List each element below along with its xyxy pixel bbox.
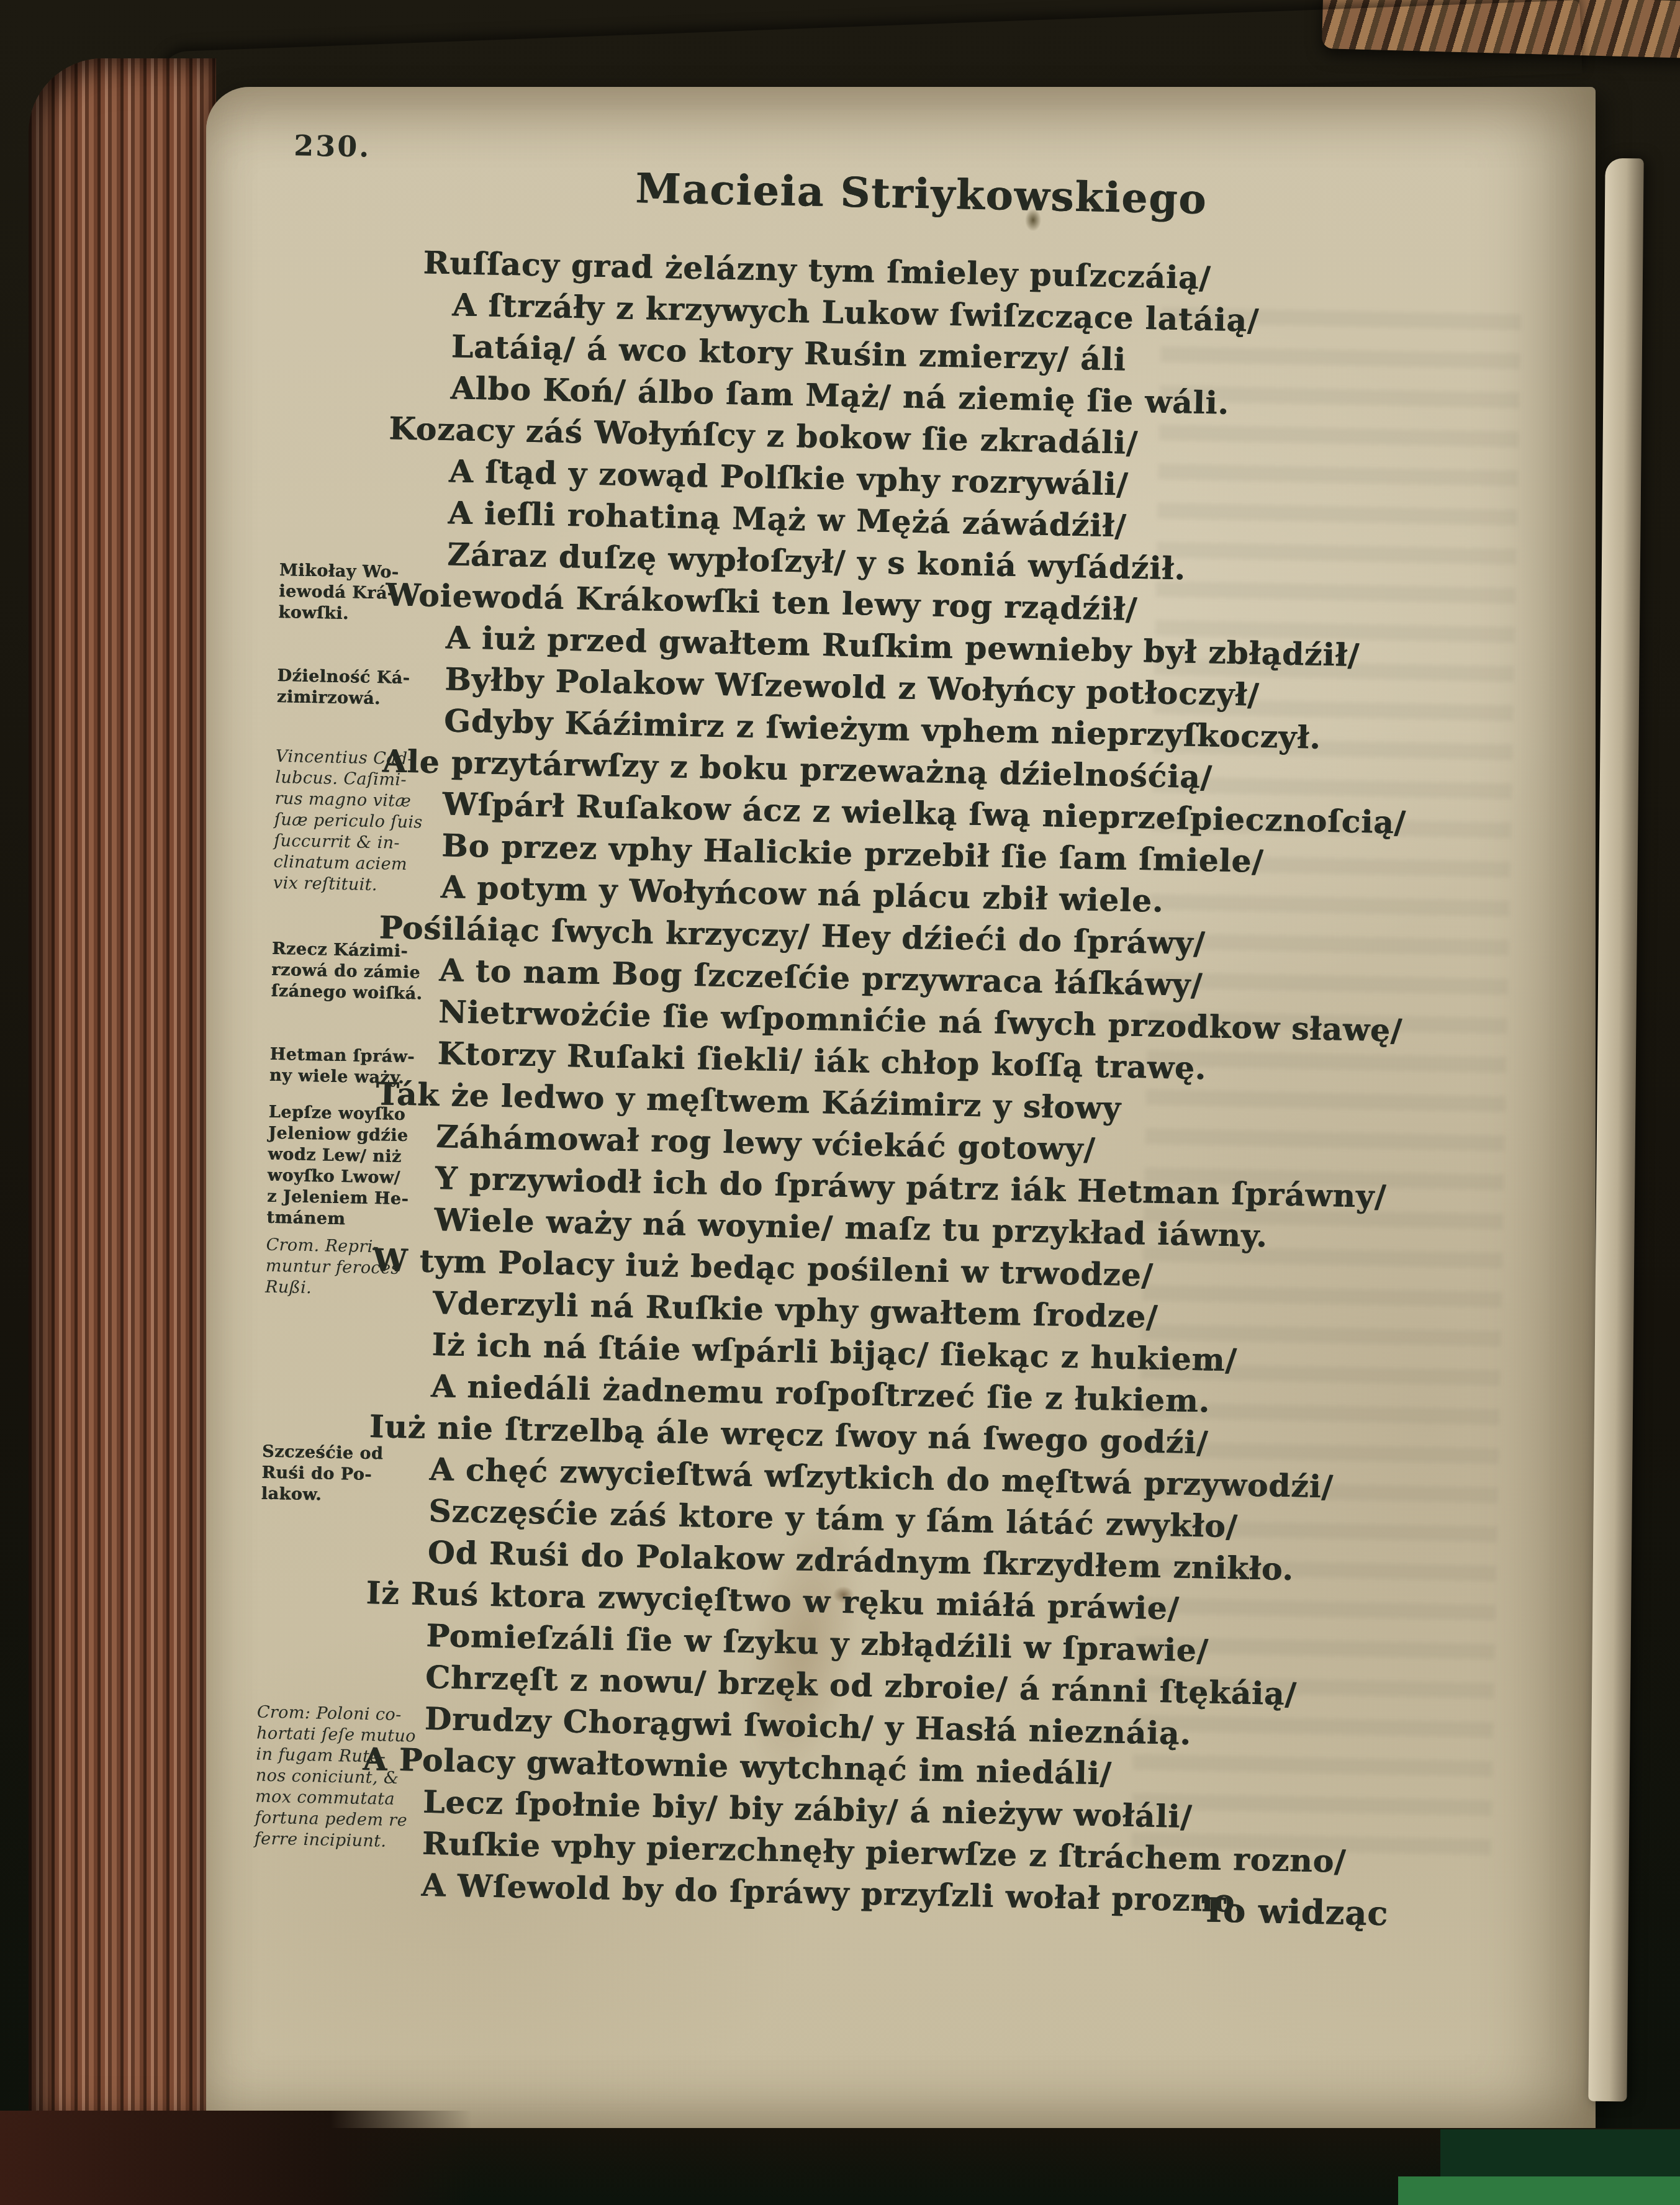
margin-note-line: Crom. Repri- bbox=[266, 1235, 397, 1258]
margin-note-line: Szcześćie od bbox=[262, 1441, 393, 1465]
margin-note-line: rzowá do zámie bbox=[271, 960, 402, 983]
margin-note: Lepſze woyſkoJeleniow gdźiewodz Lew/ niż… bbox=[266, 1102, 399, 1231]
margin-note-line: Rußi. bbox=[265, 1277, 396, 1301]
margin-note-line: Rzecz Kázimi- bbox=[272, 939, 403, 962]
margin-note: Dźielność Ká-zimirzowá. bbox=[277, 665, 408, 710]
margin-note-line: Hetman ſpráw- bbox=[269, 1044, 400, 1068]
margin-note: Hetman ſpráw-ny wiele waży. bbox=[269, 1044, 400, 1089]
margin-notes-column: Mikołay Wo-iewodá Krá-kowſki.Dźielność K… bbox=[169, 84, 395, 2135]
margin-note-line: ſuccurrit & in- bbox=[274, 831, 405, 854]
margin-note-line: in fugam Rute- bbox=[256, 1744, 387, 1768]
margin-note-line: vix reſtituit. bbox=[273, 873, 404, 896]
catchword: To widząc bbox=[1201, 1890, 1388, 1933]
margin-note-line: Jeleniow gdźie bbox=[268, 1123, 399, 1147]
margin-note-line: Ruśi do Po- bbox=[261, 1463, 392, 1486]
margin-note-line: ſzánego woiſká. bbox=[271, 981, 402, 1004]
margin-note-line: fortuna pedem re bbox=[255, 1808, 386, 1831]
margin-note-line: lakow. bbox=[261, 1484, 392, 1507]
margin-note: Rzecz Kázimi-rzowá do zámieſzánego woiſk… bbox=[271, 939, 402, 1004]
margin-note-line: ny wiele waży. bbox=[269, 1065, 400, 1089]
margin-note: Szcześćie odRuśi do Po-lakow. bbox=[261, 1441, 392, 1507]
margin-note-line: ferre incipiunt. bbox=[255, 1829, 386, 1852]
green-cloth-edge bbox=[1398, 2176, 1680, 2205]
margin-note: Mikołay Wo-iewodá Krá-kowſki. bbox=[278, 560, 410, 626]
margin-note-line: rus magno vitæ bbox=[274, 788, 405, 812]
margin-note-line: zimirzowá. bbox=[277, 687, 408, 710]
margin-note-line: z Jeleniem He- bbox=[267, 1186, 398, 1210]
margin-note-line: ſuæ periculo ſuis bbox=[274, 809, 405, 833]
margin-note-line: Lepſze woyſko bbox=[268, 1102, 399, 1125]
running-header: Macieia Striykowskiego bbox=[393, 159, 1449, 228]
margin-note-line: Mikołay Wo- bbox=[279, 560, 410, 584]
margin-note: Crom: Poloni co-hortati ſeſe mutuoin fug… bbox=[255, 1702, 388, 1852]
margin-note-line: woyſko Lwow/ bbox=[267, 1165, 398, 1189]
page-content: 230. Macieia Striykowskiego Ruſſacy grad… bbox=[169, 84, 1599, 2159]
next-page-edge bbox=[1588, 158, 1643, 2101]
margin-note-line: iewodá Krá- bbox=[279, 581, 410, 605]
margin-note-line: lubcus. Caſimi- bbox=[275, 767, 406, 791]
margin-note-line: tmánem bbox=[266, 1207, 397, 1231]
margin-note: Vincentius Cad-lubcus. Caſimi-rus magno … bbox=[273, 746, 407, 896]
margin-note-line: kowſki. bbox=[278, 602, 409, 626]
margin-note-line: wodz Lew/ niż bbox=[268, 1144, 399, 1168]
margin-note-line: clinatum aciem bbox=[273, 852, 404, 875]
book-scan: 230. Macieia Striykowskiego Ruſſacy grad… bbox=[0, 0, 1680, 2205]
margin-note-line: Dźielność Ká- bbox=[277, 665, 408, 689]
margin-note: Crom. Repri-muntur ferocesRußi. bbox=[265, 1235, 397, 1301]
margin-note-line: hortati ſeſe mutuo bbox=[256, 1723, 387, 1747]
paper-page: 230. Macieia Striykowskiego Ruſſacy grad… bbox=[206, 87, 1596, 2135]
margin-note-line: Crom: Poloni co- bbox=[257, 1702, 388, 1726]
margin-note-line: Vincentius Cad- bbox=[276, 746, 407, 770]
margin-note-line: muntur feroces bbox=[266, 1256, 397, 1279]
bottom-board-edge bbox=[0, 2111, 472, 2205]
margin-note-line: nos coniciunt, & bbox=[256, 1765, 387, 1789]
margin-note-line: mox commutata bbox=[255, 1787, 386, 1810]
